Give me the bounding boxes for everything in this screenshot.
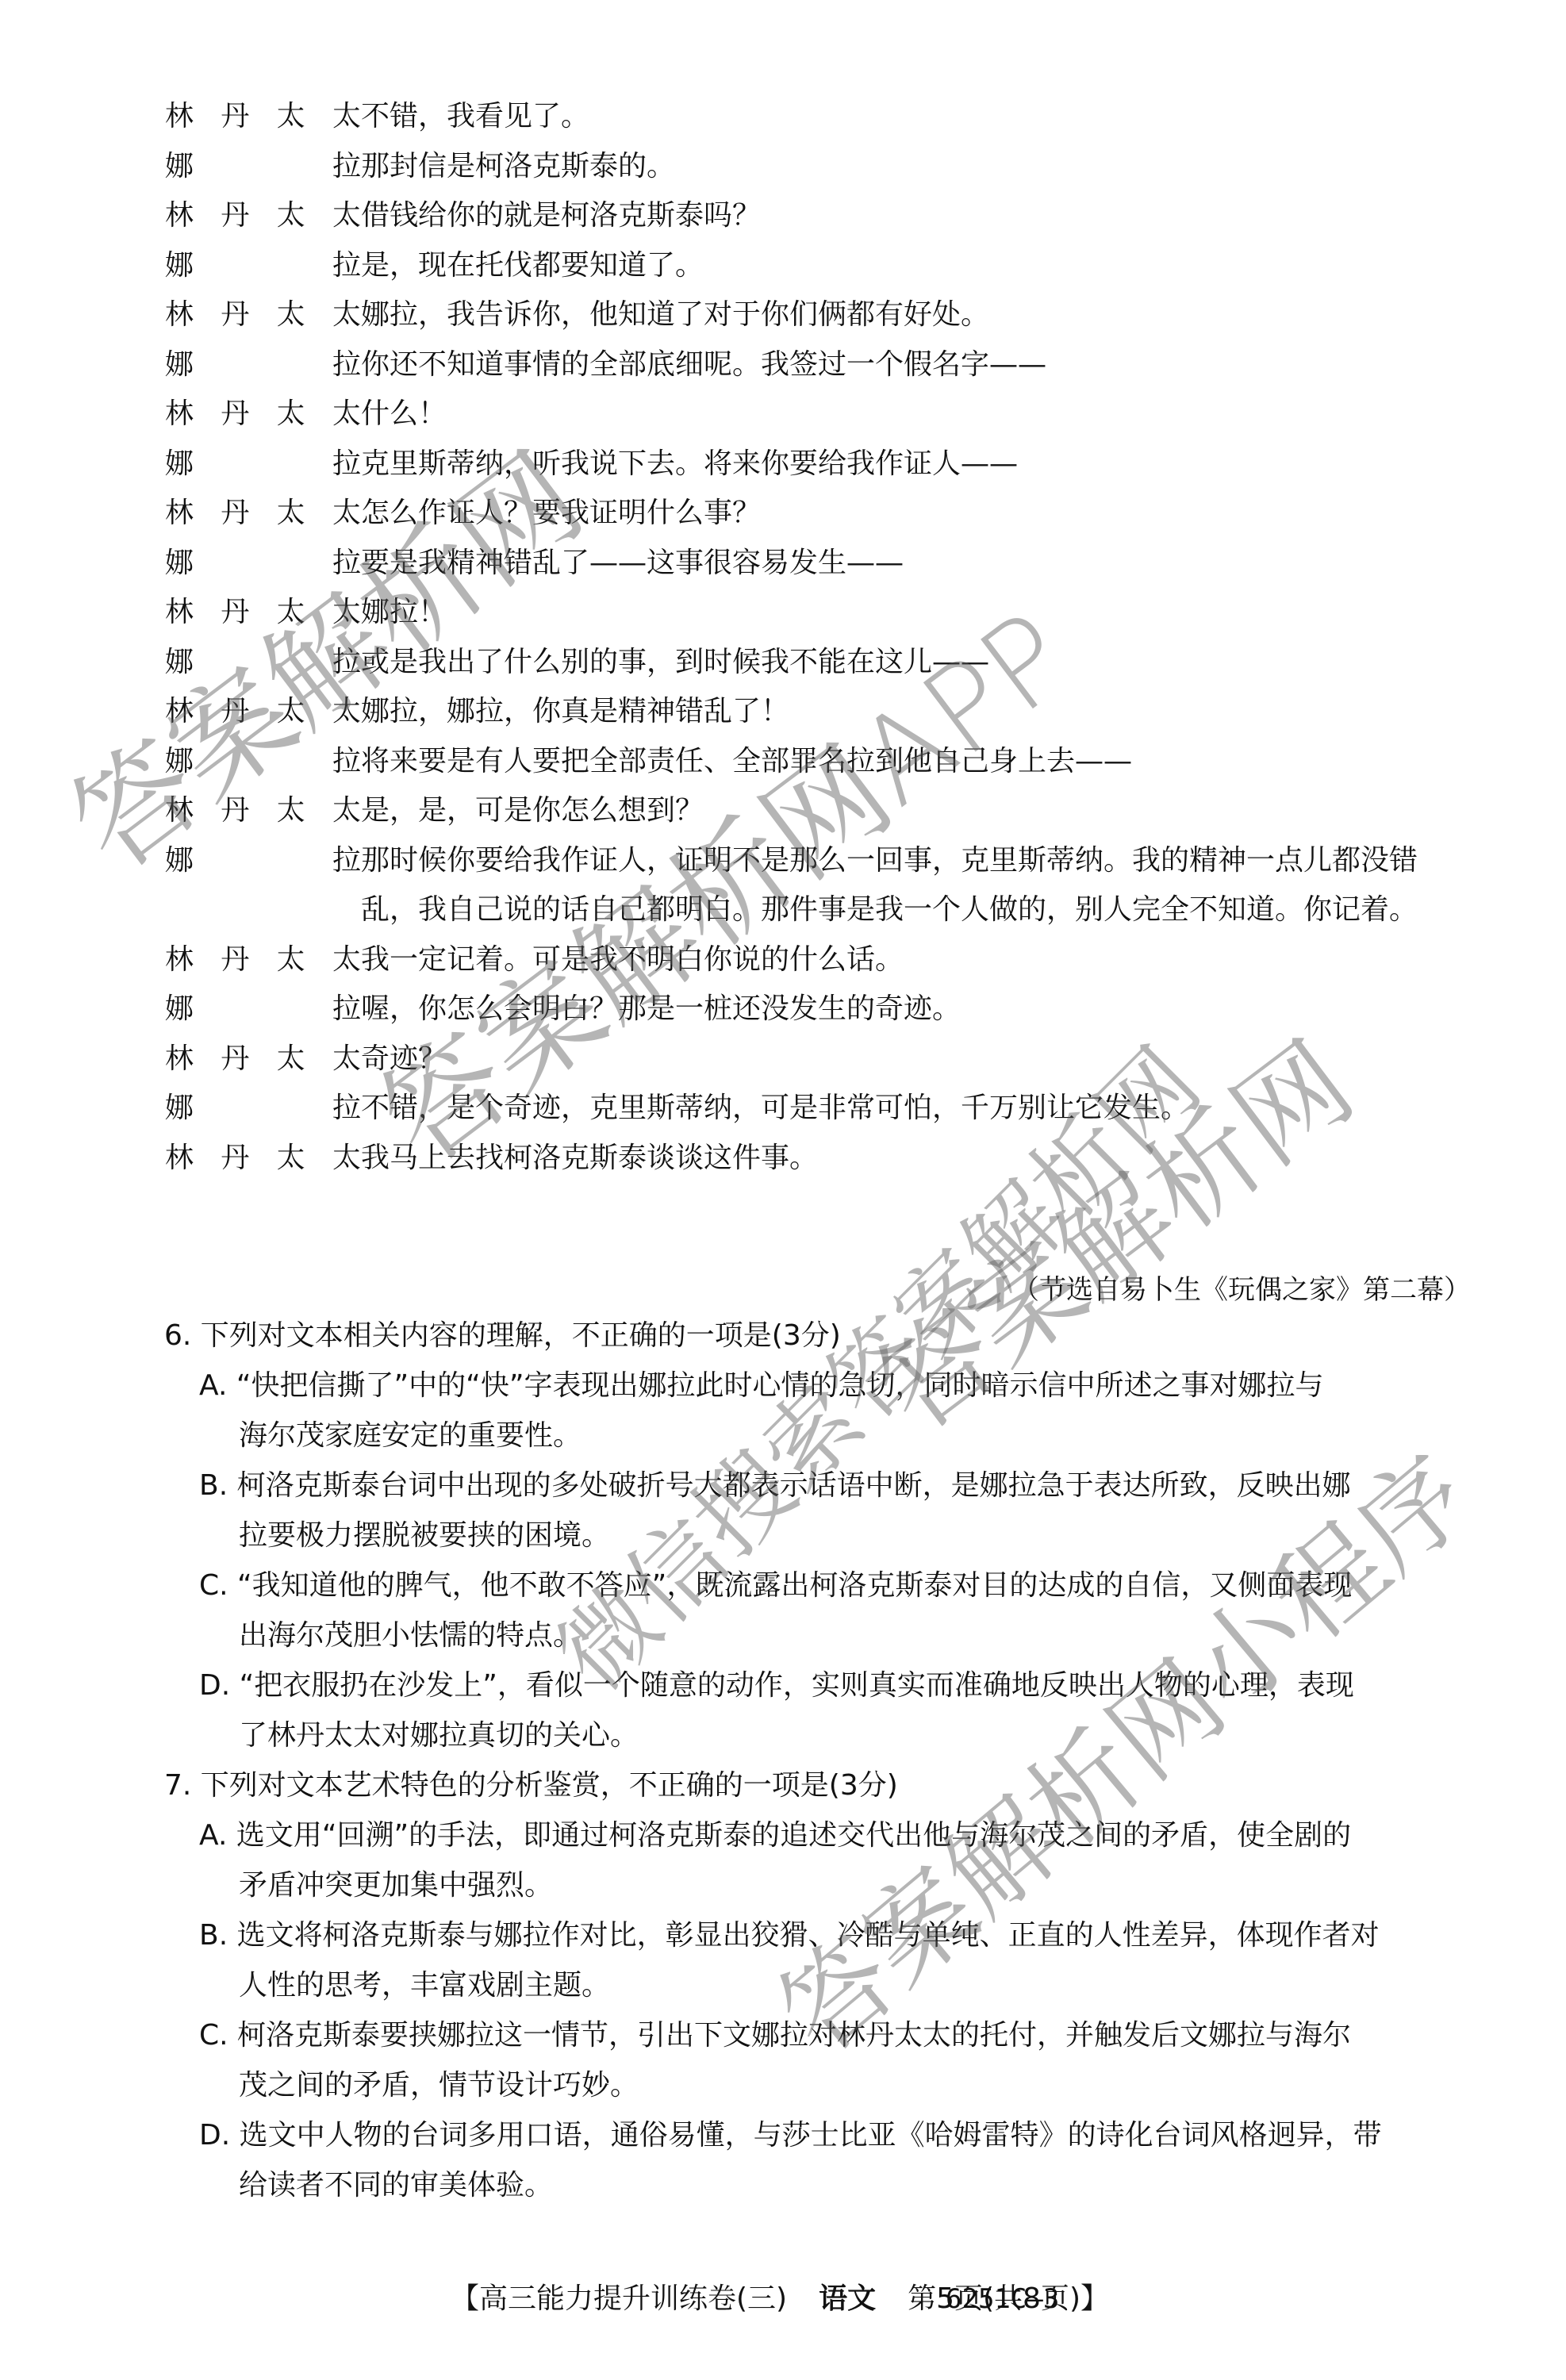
question-6: 6. 下列对文本相关内容的理解，不正确的一项是(3分) A. “快把信撕了”中的… [164, 1311, 1465, 1760]
exam-code: 6251C—3 [946, 2275, 1059, 2323]
speech-text: 不错，是个奇迹，克里斯蒂纳，可是非常可怕，千万别让它发生。 [361, 1084, 1466, 1134]
speaker-label: 娜拉 [165, 241, 361, 291]
dialogue-line: 娜拉 是，现在托伐都要知道了。 [165, 241, 1466, 291]
speaker-label: 娜拉 [165, 638, 361, 688]
option-c: C. “我知道他的脾气，他不敢不答应”，既流露出柯洛克斯泰对目的达成的自信，又侧… [164, 1560, 1465, 1660]
speech-text: 将来要是有人要把全部责任、全部罪名拉到他自己身上去—— [361, 737, 1466, 787]
speech-text: 喔，你怎么会明白？那是一桩还没发生的奇迹。 [361, 985, 1466, 1035]
speaker-label: 林丹太太 [165, 489, 361, 539]
speech-text: 娜拉，我告诉你，他知道了对于你们俩都有好处。 [361, 290, 1466, 340]
exam-page: 林丹太太 不错，我看见了。 娜拉 那封信是柯洛克斯泰的。 林丹太太 借钱给你的就… [0, 0, 1566, 2380]
speaker-label: 娜拉 [165, 737, 361, 787]
dialogue-line: 林丹太太 不错，我看见了。 [165, 92, 1466, 142]
speaker-label: 林丹太太 [165, 786, 361, 836]
speaker-label: 林丹太太 [165, 290, 361, 340]
option-c: C. 柯洛克斯泰要挟娜拉这一情节，引出下文娜拉对林丹太太的托付，并触发后文娜拉与… [164, 2010, 1465, 2110]
question-stem: 7. 下列对文本艺术特色的分析鉴赏，不正确的一项是(3分) [164, 1760, 1465, 1810]
speech-text: 那封信是柯洛克斯泰的。 [361, 142, 1466, 192]
option-a: A. “快把信撕了”中的“快”字表现出娜拉此时心情的急切，同时暗示信中所述之事对… [164, 1361, 1465, 1461]
page-footer: 【高三能力提升训练卷(三)语文第5页(共8页)】 6251C—3 [0, 2275, 1566, 2323]
dialogue-line: 娜拉 将来要是有人要把全部责任、全部罪名拉到他自己身上去—— [165, 737, 1466, 787]
speech-text: 怎么作证人？要我证明什么事？ [361, 489, 1466, 539]
dialogue-line: 娜拉 你还不知道事情的全部底细呢。我签过一个假名字—— [165, 340, 1466, 390]
speech-text: 借钱给你的就是柯洛克斯泰吗？ [361, 191, 1466, 241]
dialogue-line: 林丹太太 借钱给你的就是柯洛克斯泰吗？ [165, 191, 1466, 241]
option-b: B. 选文将柯洛克斯泰与娜拉作对比，彰显出狡猾、冷酷与单纯、正直的人性差异，体现… [164, 1910, 1465, 2010]
dialogue-line: 林丹太太 娜拉，我告诉你，他知道了对于你们俩都有好处。 [165, 290, 1466, 340]
speech-text: 奇迹？ [361, 1035, 1466, 1084]
speech-text: 娜拉！ [361, 588, 1466, 638]
speech-text: 你还不知道事情的全部底细呢。我签过一个假名字—— [361, 340, 1466, 390]
speech-text: 我一定记着。可是我不明白你说的什么话。 [361, 935, 1466, 985]
questions-section: 6. 下列对文本相关内容的理解，不正确的一项是(3分) A. “快把信撕了”中的… [164, 1311, 1465, 2210]
option-d: D. 选文中人物的台词多用口语，通俗易懂，与莎士比亚《哈姆雷特》的诗化台词风格迥… [164, 2110, 1465, 2210]
speech-text: 是，是，可是你怎么想到？ [361, 786, 1466, 836]
dialogue-line: 娜拉 不错，是个奇迹，克里斯蒂纳，可是非常可怕，千万别让它发生。 [165, 1084, 1466, 1134]
speaker-label: 林丹太太 [165, 588, 361, 638]
speech-text: 那时候你要给我作证人，证明不是那么一回事，克里斯蒂纳。我的精神一点儿都没错乱，我… [361, 836, 1466, 935]
dialogue-line: 林丹太太 什么！ [165, 390, 1466, 440]
speaker-label: 娜拉 [165, 539, 361, 589]
dialogue-line: 林丹太太 怎么作证人？要我证明什么事？ [165, 489, 1466, 539]
dialogue-line: 林丹太太 是，是，可是你怎么想到？ [165, 786, 1466, 836]
subject-label: 语文 [819, 2282, 876, 2315]
speaker-label: 娜拉 [165, 836, 361, 886]
option-a: A. 选文用“回溯”的手法，即通过柯洛克斯泰的追述交代出他与海尔茂之间的矛盾，使… [164, 1810, 1465, 1910]
dialogue-line: 娜拉 那时候你要给我作证人，证明不是那么一回事，克里斯蒂纳。我的精神一点儿都没错… [165, 836, 1466, 935]
dialogue-line: 林丹太太 我一定记着。可是我不明白你说的什么话。 [165, 935, 1466, 985]
dialogue-line: 娜拉 克里斯蒂纳，听我说下去。将来你要给我作证人—— [165, 440, 1466, 489]
speaker-label: 林丹太太 [165, 1035, 361, 1084]
speaker-label: 娜拉 [165, 142, 361, 192]
dialogue-line: 林丹太太 奇迹？ [165, 1035, 1466, 1084]
speaker-label: 娜拉 [165, 340, 361, 390]
exam-title: 【高三能力提升训练卷(三) [451, 2282, 787, 2315]
speech-text: 是，现在托伐都要知道了。 [361, 241, 1466, 291]
speaker-label: 娜拉 [165, 440, 361, 489]
dialogue-line: 林丹太太 娜拉！ [165, 588, 1466, 638]
speaker-label: 林丹太太 [165, 390, 361, 440]
speech-text: 或是我出了什么别的事，到时候我不能在这儿—— [361, 638, 1466, 688]
dialogue-line: 娜拉 要是我精神错乱了——这事很容易发生—— [165, 539, 1466, 589]
speaker-label: 娜拉 [165, 1084, 361, 1134]
question-stem: 6. 下列对文本相关内容的理解，不正确的一项是(3分) [164, 1311, 1465, 1361]
speech-text: 要是我精神错乱了——这事很容易发生—— [361, 539, 1466, 589]
speaker-label: 林丹太太 [165, 92, 361, 142]
dialogue-line: 娜拉 那封信是柯洛克斯泰的。 [165, 142, 1466, 192]
dialogue-block: 林丹太太 不错，我看见了。 娜拉 那封信是柯洛克斯泰的。 林丹太太 借钱给你的就… [165, 92, 1466, 1183]
speech-text: 我马上去找柯洛克斯泰谈谈这件事。 [361, 1134, 1466, 1184]
speaker-label: 娜拉 [165, 985, 361, 1035]
option-b: B. 柯洛克斯泰台词中出现的多处破折号大都表示话语中断，是娜拉急于表达所致，反映… [164, 1461, 1465, 1560]
dialogue-line: 娜拉 喔，你怎么会明白？那是一桩还没发生的奇迹。 [165, 985, 1466, 1035]
dialogue-line: 林丹太太 我马上去找柯洛克斯泰谈谈这件事。 [165, 1134, 1466, 1184]
speech-text: 娜拉，娜拉，你真是精神错乱了！ [361, 687, 1466, 737]
dialogue-line: 林丹太太 娜拉，娜拉，你真是精神错乱了！ [165, 687, 1466, 737]
speaker-label: 林丹太太 [165, 687, 361, 737]
speech-text: 什么！ [361, 390, 1466, 440]
speaker-label: 林丹太太 [165, 935, 361, 985]
speaker-label: 林丹太太 [165, 191, 361, 241]
source-citation: （节选自易卜生《玩偶之家》第二幕） [1012, 1266, 1471, 1314]
question-7: 7. 下列对文本艺术特色的分析鉴赏，不正确的一项是(3分) A. 选文用“回溯”… [164, 1760, 1465, 2210]
speech-text: 克里斯蒂纳，听我说下去。将来你要给我作证人—— [361, 440, 1466, 489]
speaker-label: 林丹太太 [165, 1134, 361, 1184]
dialogue-line: 娜拉 或是我出了什么别的事，到时候我不能在这儿—— [165, 638, 1466, 688]
option-d: D. “把衣服扔在沙发上”，看似一个随意的动作，实则真实而准确地反映出人物的心理… [164, 1660, 1465, 1760]
speech-text: 不错，我看见了。 [361, 92, 1466, 142]
